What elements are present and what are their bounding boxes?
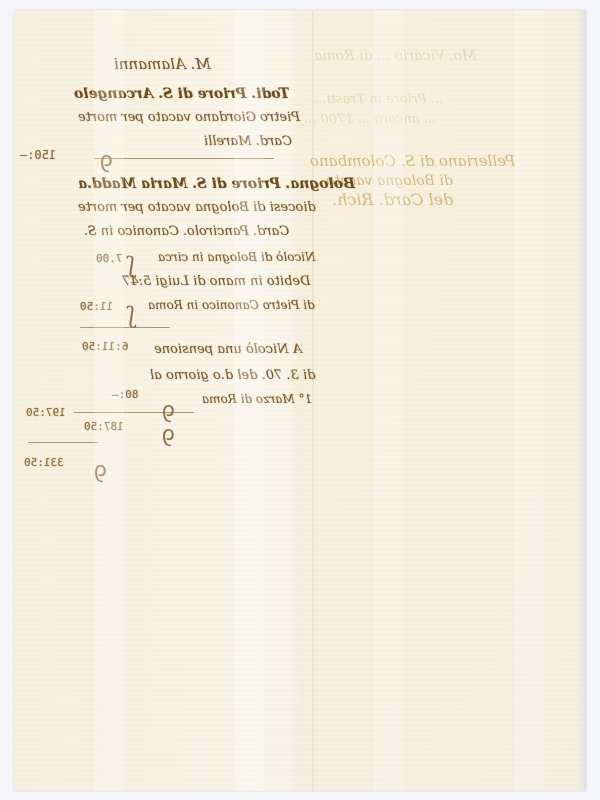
entry-line: 1° Marzo di Roma bbox=[202, 392, 312, 406]
faint-line: ... Priore in Trasti... bbox=[314, 92, 443, 107]
entry-line: Debito in mano di Luigi 5:47 bbox=[122, 274, 310, 289]
divider-rule bbox=[80, 327, 170, 328]
flourish-mark: ꝯ bbox=[162, 418, 175, 448]
amount: 80:– bbox=[112, 388, 139, 401]
entry-line: Bologna. Priore di S. Maria Madd.a bbox=[78, 176, 355, 192]
entry-line: A Nicolò una pensione bbox=[154, 342, 302, 357]
entry-line: di 3. 70. del d.o giorno al bbox=[150, 368, 315, 383]
paper-fold bbox=[312, 10, 314, 791]
divider-rule bbox=[94, 158, 274, 159]
entry-line: Card. Pancirolo. Canonico in S. bbox=[84, 224, 289, 239]
heading: M. Alamanni bbox=[114, 55, 211, 73]
amount: 187:50 bbox=[84, 420, 124, 433]
entry-line: di Pietro Canonico in Roma bbox=[148, 298, 315, 312]
faint-line: ... ancora ... 1700 ... bbox=[304, 112, 436, 127]
amount: 11:50 bbox=[80, 300, 113, 313]
flourish-mark: ʃ bbox=[128, 254, 134, 279]
manuscript-page: Mo. Vicario ... di Roma ... Priore in Tr… bbox=[14, 10, 586, 791]
amount: 331:50 bbox=[24, 456, 64, 469]
entry-line: diocesi di Bologna vacato per morte bbox=[78, 200, 316, 215]
faint-line: Mo. Vicario ... di Roma bbox=[314, 48, 476, 64]
amount: 197:50 bbox=[26, 406, 66, 419]
faint-line: del Card. Rich. bbox=[332, 190, 453, 209]
faint-line: Pelleriano di S. Colombano bbox=[310, 152, 515, 170]
amount: 150:– bbox=[20, 148, 56, 162]
divider-rule bbox=[74, 412, 194, 413]
amount: 6:11:50 bbox=[82, 340, 128, 353]
divider-rule bbox=[28, 442, 98, 443]
flourish-mark: ꝯ bbox=[94, 454, 107, 484]
entry-line: Nicolò di Bologna in circa bbox=[158, 250, 316, 264]
page-edge bbox=[578, 10, 586, 791]
flourish-mark: ʃ bbox=[128, 304, 134, 329]
entry-line: Card. Marelli bbox=[204, 134, 292, 149]
amount: 7.00 bbox=[96, 252, 123, 265]
entry-line: Todi. Priore di S. Arcangelo bbox=[74, 86, 289, 102]
entry-line: Pietro Giordano vacato per morte bbox=[78, 110, 300, 125]
flourish-mark: ꝯ bbox=[100, 144, 113, 174]
